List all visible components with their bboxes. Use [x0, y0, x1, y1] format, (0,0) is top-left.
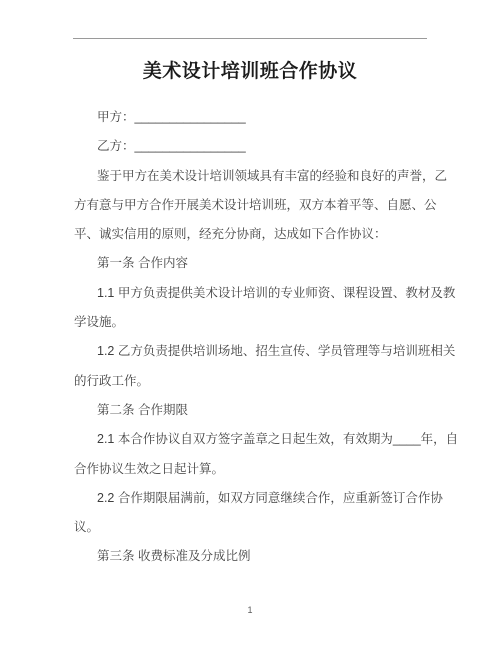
clause-line: 议。	[74, 513, 464, 542]
party-a-blank: ________________	[135, 110, 246, 124]
section-heading-1: 第一条 合作内容	[74, 249, 464, 278]
document-page: 美术设计培训班合作协议 甲方：________________ 乙方：_____…	[0, 0, 500, 647]
clause-line: 学设施。	[74, 308, 464, 337]
page-number: 1	[0, 605, 500, 615]
document-body: 甲方：________________ 乙方：________________ …	[74, 103, 464, 572]
clause-line: 1.2 乙方负责提供培训场地、招生宣传、学员管理等与培训班相关	[74, 337, 464, 366]
preamble-line: 鉴于甲方在美术设计培训领域具有丰富的经验和良好的声誉，乙	[74, 162, 464, 191]
section-heading-2: 第二条 合作期限	[74, 396, 464, 425]
document-title: 美术设计培训班合作协议	[0, 56, 500, 83]
clause-line: 的行政工作。	[74, 367, 464, 396]
party-a-label: 甲方：	[97, 110, 135, 124]
header-rule	[73, 38, 427, 39]
preamble-line: 平、诚实信用的原则，经充分协商，达成如下合作协议：	[74, 220, 464, 249]
preamble-line: 方有意与甲方合作开展美术设计培训班，双方本着平等、自愿、公	[74, 191, 464, 220]
party-a-line: 甲方：________________	[74, 103, 464, 132]
clause-line: 2.1 本合作协议自双方签字盖章之日起生效，有效期为____年，自	[74, 425, 464, 454]
clause-line: 2.2 合作期限届满前，如双方同意继续合作，应重新签订合作协	[74, 484, 464, 513]
party-b-label: 乙方：	[97, 139, 135, 153]
section-heading-3: 第三条 收费标准及分成比例	[74, 542, 464, 571]
clause-line: 合作协议生效之日起计算。	[74, 455, 464, 484]
clause-line: 1.1 甲方负责提供美术设计培训的专业师资、课程设置、教材及教	[74, 279, 464, 308]
party-b-blank: ________________	[135, 139, 246, 153]
party-b-line: 乙方：________________	[74, 132, 464, 161]
